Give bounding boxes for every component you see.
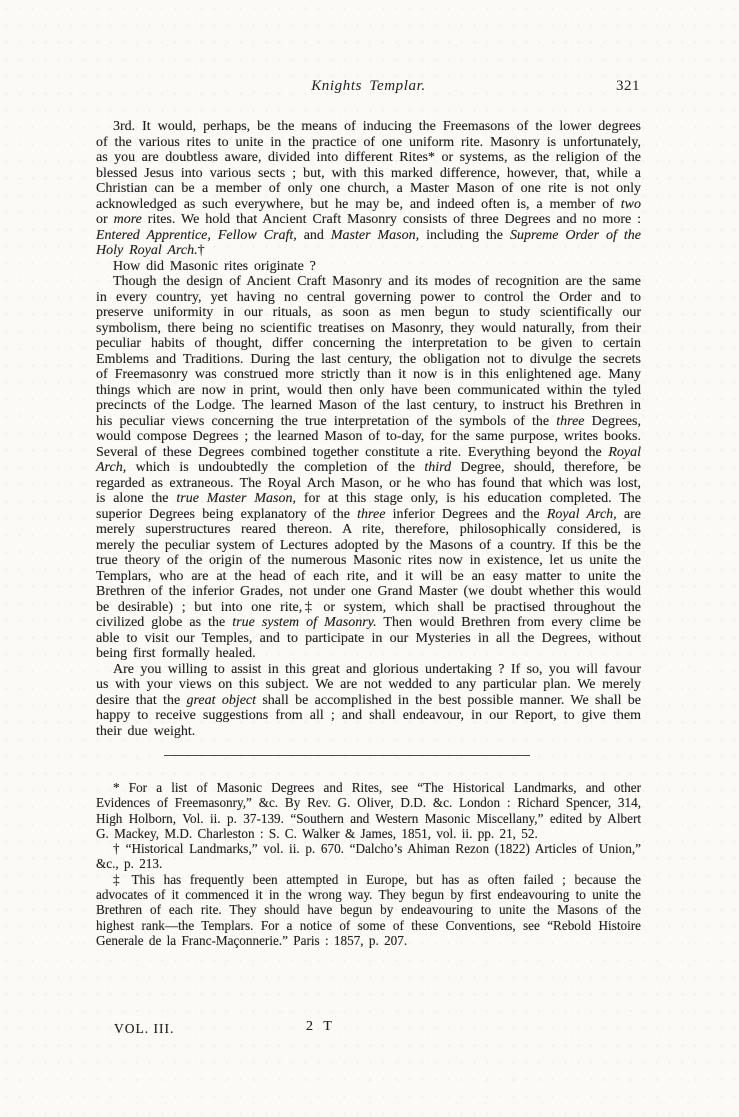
text-run: How did Masonic rites originate ? [113, 259, 316, 274]
footnote: † “Historical Landmarks,” vol. ii. p. 67… [96, 841, 641, 872]
italic-run: two [621, 197, 641, 212]
footnote: ‡ This has frequently been attempted in … [96, 872, 641, 948]
text-run: ‡ This has frequently been attempted in … [96, 872, 641, 948]
italic-run: third [424, 460, 451, 475]
footnotes: * For a list of Masonic Degrees and Rite… [96, 780, 641, 948]
italic-run: true system of Masonry. [232, 615, 376, 630]
text-run: Though the design of Ancient Craft Mason… [96, 274, 641, 429]
italic-run: Fellow Craft, [218, 228, 297, 243]
text-run: including the [419, 228, 510, 243]
text-run: † “Historical Landmarks,” vol. ii. p. 67… [96, 841, 641, 871]
signature-mark: 2 T [306, 1019, 332, 1035]
text-run: inferior Degrees and the [385, 507, 546, 522]
italic-run: Entered Apprentice, [96, 228, 211, 243]
text-run: and [297, 228, 331, 243]
text-block: Knights Templar. 321 3rd. It would, perh… [96, 78, 641, 948]
italic-run: Master Mason, [331, 228, 419, 243]
running-head: Knights Templar. 321 [96, 78, 641, 98]
scanned-book-page: Knights Templar. 321 3rd. It would, perh… [0, 0, 739, 1117]
text-run: † [198, 243, 205, 258]
volume-label: VOL. III. [114, 1021, 174, 1037]
text-run: rites. We hold that Ancient Craft Masonr… [142, 212, 641, 227]
paragraph: Though the design of Ancient Craft Mason… [96, 274, 641, 662]
page-title: Knights Templar. [96, 78, 641, 95]
text-run: are merely superstructures reared thereo… [96, 507, 641, 631]
italic-run: great object [186, 693, 256, 708]
italic-run: true Master Mason, [176, 491, 296, 506]
italic-run: Royal Arch, [547, 507, 617, 522]
text-run: or [96, 212, 114, 227]
text-run: * For a list of Masonic Degrees and Rite… [96, 780, 641, 841]
italic-run: three [556, 414, 584, 429]
text-run [211, 228, 218, 243]
italic-run: three [357, 507, 385, 522]
footnote: * For a list of Masonic Degrees and Rite… [96, 780, 641, 841]
paragraph: Are you willing to assist in this great … [96, 662, 641, 740]
footnote-separator [164, 755, 530, 756]
paragraph: How did Masonic rites originate ? [96, 259, 641, 275]
page-number: 321 [616, 78, 640, 95]
text-run: 3rd. It would, perhaps, be the means of … [96, 119, 641, 212]
body-text: 3rd. It would, perhaps, be the means of … [96, 119, 641, 739]
italic-run: more [114, 212, 142, 227]
text-run: which is undoubtedly the completion of t… [126, 460, 424, 475]
paragraph: 3rd. It would, perhaps, be the means of … [96, 119, 641, 259]
